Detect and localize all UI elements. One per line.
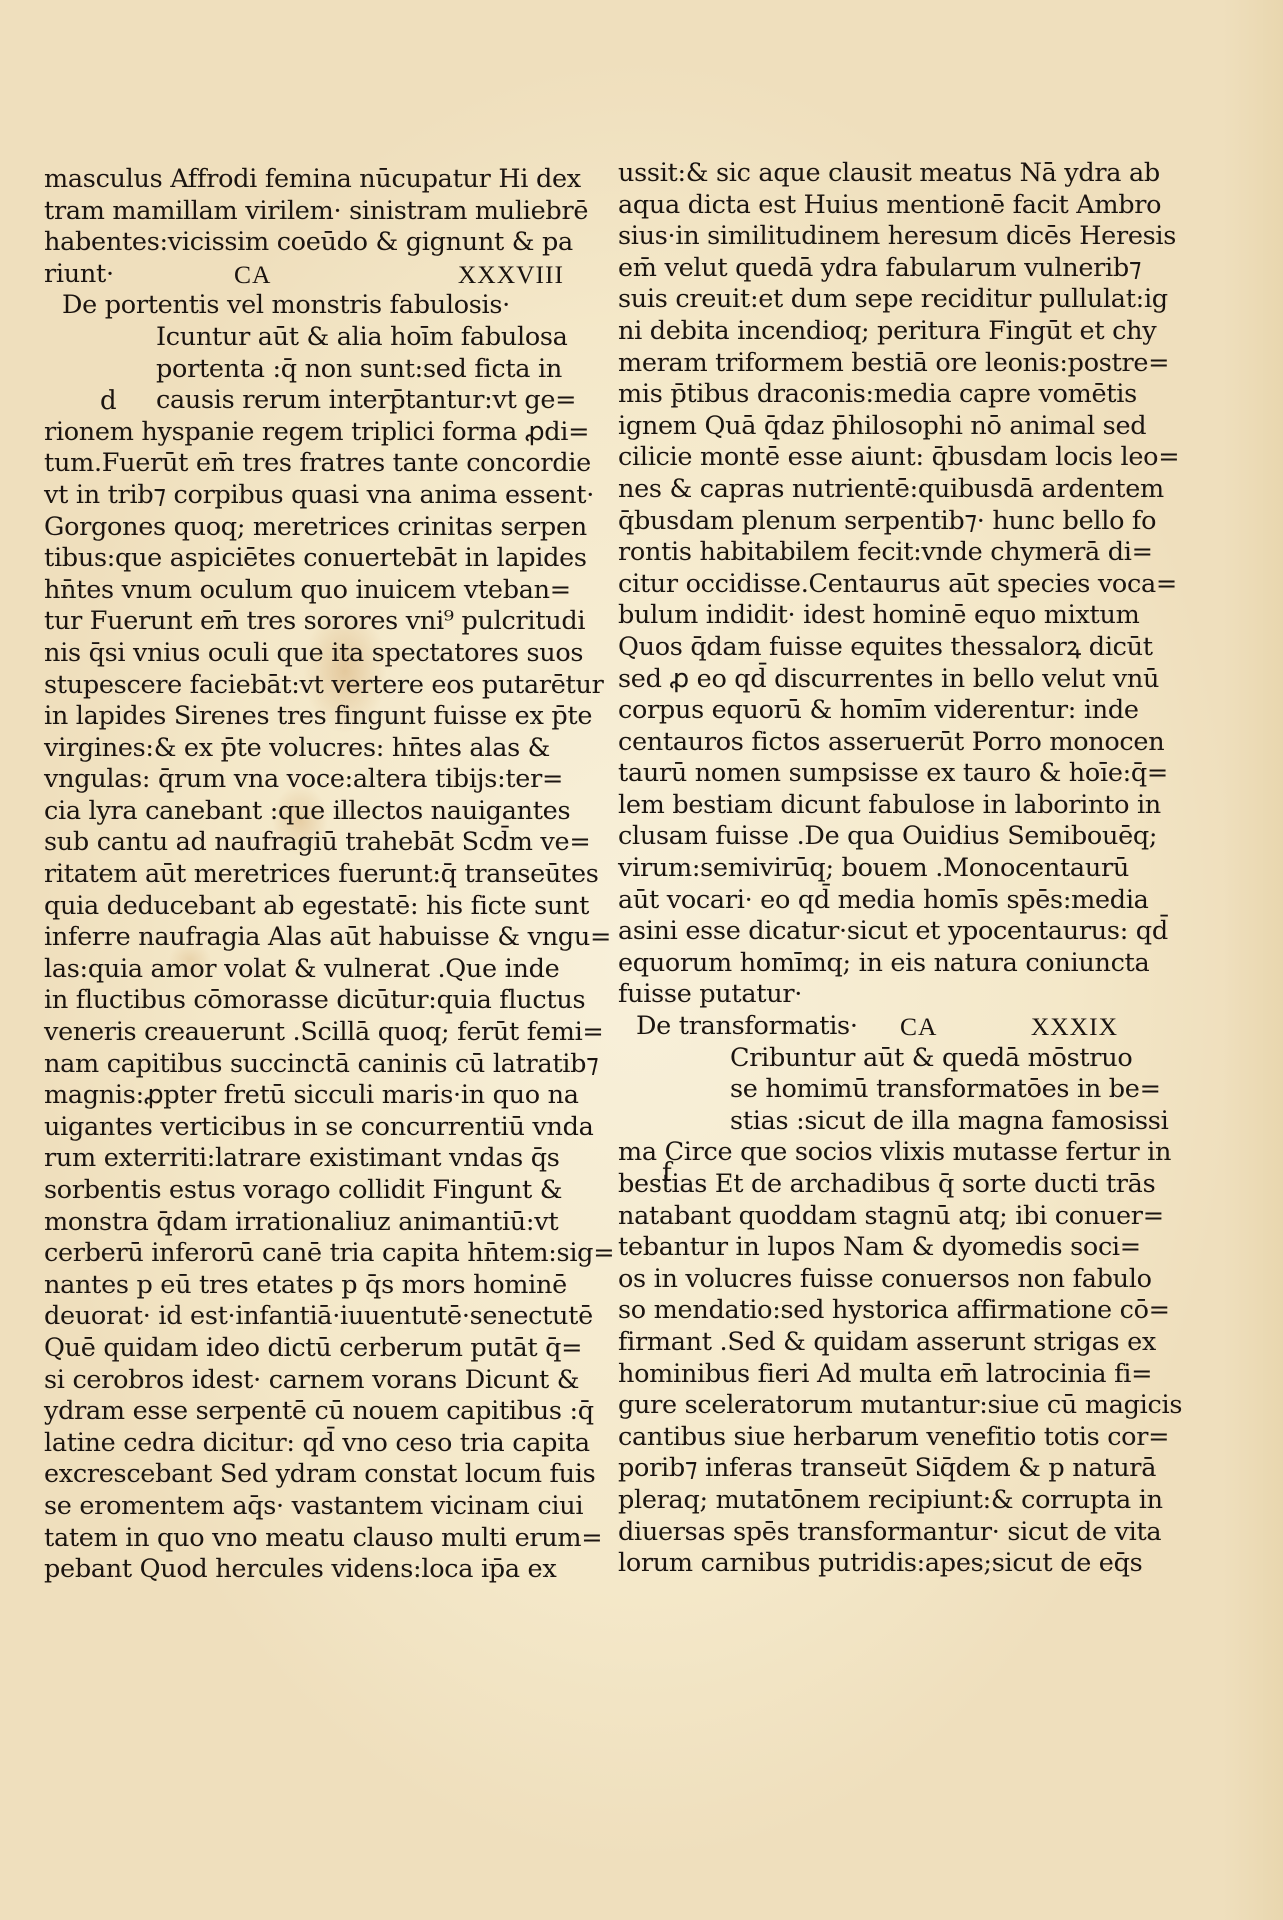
text-line: tram mamillam virilem· sinistram muliebr…: [44, 196, 564, 228]
chapter-heading: riunt· CA XXXVIII: [44, 259, 564, 291]
text-line: ussit:& sic aque clausit meatus Nā ydra …: [618, 158, 1138, 190]
text-line: equorum homīmq; in eis natura coniuncta: [618, 948, 1138, 980]
text-line: tatem in quo vno meatu clauso multi erum…: [44, 1523, 564, 1555]
text-line: hn̄tes vnum oculum quo inuicem vteban=: [44, 575, 564, 607]
text-line: sed ꝓ eo qd̄ discurrentes in bello velut…: [618, 664, 1138, 696]
text-line: ignem Quā q̄daz p̄hilosophi nō animal se…: [618, 411, 1138, 443]
chapter-heading-trailing-text: riunt·: [44, 259, 114, 289]
text-line: bestias Et de archadibus q̄ sorte ducti …: [618, 1169, 1138, 1201]
initial-guide-letter: f: [662, 1158, 671, 1190]
text-line: nantes p eū tres etates p q̄s mors homin…: [44, 1270, 564, 1302]
text-line: ni debita incendioq; peritura Fingūt et …: [618, 316, 1138, 348]
text-line: cia lyra canebant :que illectos nauigant…: [44, 796, 564, 828]
chapter-number: XXXIX: [1031, 1011, 1118, 1043]
text-line: rum exterriti:latrare existimant vndas q…: [44, 1143, 564, 1175]
text-line: meram triformem bestiā ore leonis:postre…: [618, 348, 1138, 380]
text-line: ydram esse serpentē cū nouem capitibus :…: [44, 1396, 564, 1428]
text-line: nes & capras nutrientē:quibusdā ardentem: [618, 474, 1138, 506]
text-line: asini esse dicatur·sicut et ypocentaurus…: [618, 916, 1138, 948]
chapter-number: XXXVIII: [458, 259, 564, 291]
text-line: tur Fuerunt em̄ tres sorores vni⁹ pulcri…: [44, 606, 564, 638]
text-line: sius·in similitudinem heresum dicēs Here…: [618, 221, 1138, 253]
chapter-label: CA: [900, 1011, 937, 1043]
text-line: Icuntur aūt & alia hoīm fabulosa: [44, 322, 564, 354]
text-line: cilicie montē esse aiunt: q̄busdam locis…: [618, 442, 1138, 474]
text-line: bulum indidit· idest hominē equo mixtum: [618, 600, 1138, 632]
left-column: masculus Affrodi femina nūcupatur Hi dex…: [44, 164, 564, 1586]
text-line: quia deducebant ab egestatē: his ficte s…: [44, 891, 564, 923]
initial-guide-letter: d: [100, 386, 116, 418]
text-line: vt in trib⁊ corpibus quasi vna anima ess…: [44, 480, 564, 512]
manuscript-page: masculus Affrodi femina nūcupatur Hi dex…: [0, 0, 1283, 1920]
text-line: Cribuntur aūt & quedā mōstruo: [618, 1043, 1138, 1075]
text-line: monstra q̄dam irrationaliuz animantiū:vt: [44, 1207, 564, 1239]
chapter-label: CA: [234, 259, 271, 291]
text-line: deuorat· id est·infantiā·iuuentutē·senec…: [44, 1301, 564, 1333]
text-line: si cerobros idest· carnem vorans Dicunt …: [44, 1365, 564, 1397]
text-line: excrescebant Sed ydram constat locum fui…: [44, 1459, 564, 1491]
text-line: firmant .Sed & quidam asserunt strigas e…: [618, 1327, 1138, 1359]
text-line: tibus:que aspiciētes conuertebāt in lapi…: [44, 543, 564, 575]
text-line: virgines:& ex p̄te volucres: hn̄tes alas…: [44, 733, 564, 765]
text-line: se homimū transformatōes in be=: [618, 1074, 1138, 1106]
text-line: se eromentem aq̄s· vastantem vicinam ciu…: [44, 1491, 564, 1523]
text-line: aūt vocari· eo qd̄ media homīs spēs:medi…: [618, 885, 1138, 917]
text-line: suis creuit:et dum sepe reciditur pullul…: [618, 284, 1138, 316]
text-line: tebantur in lupos Nam & dyomedis soci=: [618, 1232, 1138, 1264]
text-line: citur occidisse.Centaurus aūt species vo…: [618, 569, 1138, 601]
text-line: porib⁊ inferas transeūt Siq̄dem & p natu…: [618, 1453, 1138, 1485]
text-line: nam capitibus succinctā caninis cū latra…: [44, 1049, 564, 1081]
text-line: sub cantu ad naufragiū trahebāt Scd̄m ve…: [44, 827, 564, 859]
text-line: q̄busdam plenum serpentib⁊· hunc bello f…: [618, 506, 1138, 538]
text-line: las:quia amor volat & vulnerat .Que inde: [44, 954, 564, 986]
text-line: Gorgones quoq; meretrices crinitas serpe…: [44, 512, 564, 544]
text-line: ritatem aūt meretrices fuerunt:q̄ transe…: [44, 859, 564, 891]
text-line: inferre naufragia Alas aūt habuisse & vn…: [44, 922, 564, 954]
text-line: causis rerum interp̄tantur:vt ge=: [44, 385, 564, 417]
text-line: stupescere faciebāt:vt vertere eos putar…: [44, 670, 564, 702]
text-line: hominibus fieri Ad multa em̄ latrocinia …: [618, 1359, 1138, 1391]
text-line: sorbentis estus vorago collidit Fingunt …: [44, 1175, 564, 1207]
chapter-title: De portentis vel monstris fabulosis·: [44, 290, 564, 322]
text-line: gure sceleratorum mutantur:siue cū magic…: [618, 1390, 1138, 1422]
text-line: nis q̄si vnius oculi que ita spectatores…: [44, 638, 564, 670]
text-line: veneris creauerunt .Scillā quoq; ferūt f…: [44, 1017, 564, 1049]
text-line: uigantes verticibus in se concurrentiū v…: [44, 1112, 564, 1144]
text-line: cerberū inferorū canē tria capita hn̄tem…: [44, 1238, 564, 1270]
text-line: diuersas spēs transformantur· sicut de v…: [618, 1517, 1138, 1549]
text-line: vngulas: q̄rum vna voce:altera tibijs:te…: [44, 764, 564, 796]
text-line: portenta :q̄ non sunt:sed ficta in: [44, 354, 564, 386]
text-line: centauros fictos asseruerūt Porro monoce…: [618, 727, 1138, 759]
text-line: natabant quoddam stagnū atq; ibi conuer=: [618, 1201, 1138, 1233]
text-line: Quos q̄dam fuisse equites thessalorꝝ dic…: [618, 632, 1138, 664]
paper-edge-shadow: [1223, 0, 1283, 1920]
text-line: mis p̄tibus draconis:media capre vomētis: [618, 379, 1138, 411]
text-line: pebant Quod hercules videns:loca ip̄a ex: [44, 1554, 564, 1586]
text-line: tum.Fuerūt em̄ tres fratres tante concor…: [44, 448, 564, 480]
text-line: so mendatio:sed hystorica affirmatione c…: [618, 1295, 1138, 1327]
text-line: cantibus siue herbarum venefitio totis c…: [618, 1422, 1138, 1454]
right-column: ussit:& sic aque clausit meatus Nā ydra …: [618, 158, 1138, 1580]
text-line: habentes:vicissim coeūdo & gignunt & pa: [44, 227, 564, 259]
text-line: lem bestiam dicunt fabulose in laborinto…: [618, 790, 1138, 822]
text-line: taurū nomen sumpsisse ex tauro & hoīe:q̄…: [618, 758, 1138, 790]
text-line: virum:semivirūq; bouem .Monocentaurū: [618, 853, 1138, 885]
text-line: masculus Affrodi femina nūcupatur Hi dex: [44, 164, 564, 196]
text-line: in fluctibus cōmorasse dicūtur:quia fluc…: [44, 985, 564, 1017]
text-line: em̄ velut quedā ydra fabularum vulnerib⁊: [618, 253, 1138, 285]
text-line: Quē quidam ideo dictū cerberum putāt q̄=: [44, 1333, 564, 1365]
text-line: os in volucres fuisse conuersos non fabu…: [618, 1264, 1138, 1296]
chapter-heading: fuisse putatur· CA XXXIX: [618, 979, 1138, 1011]
text-line: ma Circe que socios vlixis mutasse fertu…: [618, 1137, 1138, 1169]
text-line: pleraq; mutatōnem recipiunt:& corrupta i…: [618, 1485, 1138, 1517]
text-line: clusam fuisse .De qua Ouidius Semibouēq;: [618, 821, 1138, 853]
chapter-heading-trailing-text: fuisse putatur·: [618, 979, 802, 1009]
text-line: stias :sicut de illa magna famosissi: [618, 1106, 1138, 1138]
text-line: rionem hyspanie regem triplici forma ꝓdi…: [44, 417, 564, 449]
text-line: in lapides Sirenes tres fingunt fuisse e…: [44, 701, 564, 733]
text-line: lorum carnibus putridis:apes;sicut de eq…: [618, 1548, 1138, 1580]
text-line: aqua dicta est Huius mentionē facit Ambr…: [618, 190, 1138, 222]
text-line: corpus equorū & homīm viderentur: inde: [618, 695, 1138, 727]
text-line: rontis habitabilem fecit:vnde chymerā di…: [618, 537, 1138, 569]
text-line: magnis:ꝓpter fretū sicculi maris·in quo …: [44, 1080, 564, 1112]
text-line: latine cedra dicitur: qd̄ vno ceso tria …: [44, 1428, 564, 1460]
